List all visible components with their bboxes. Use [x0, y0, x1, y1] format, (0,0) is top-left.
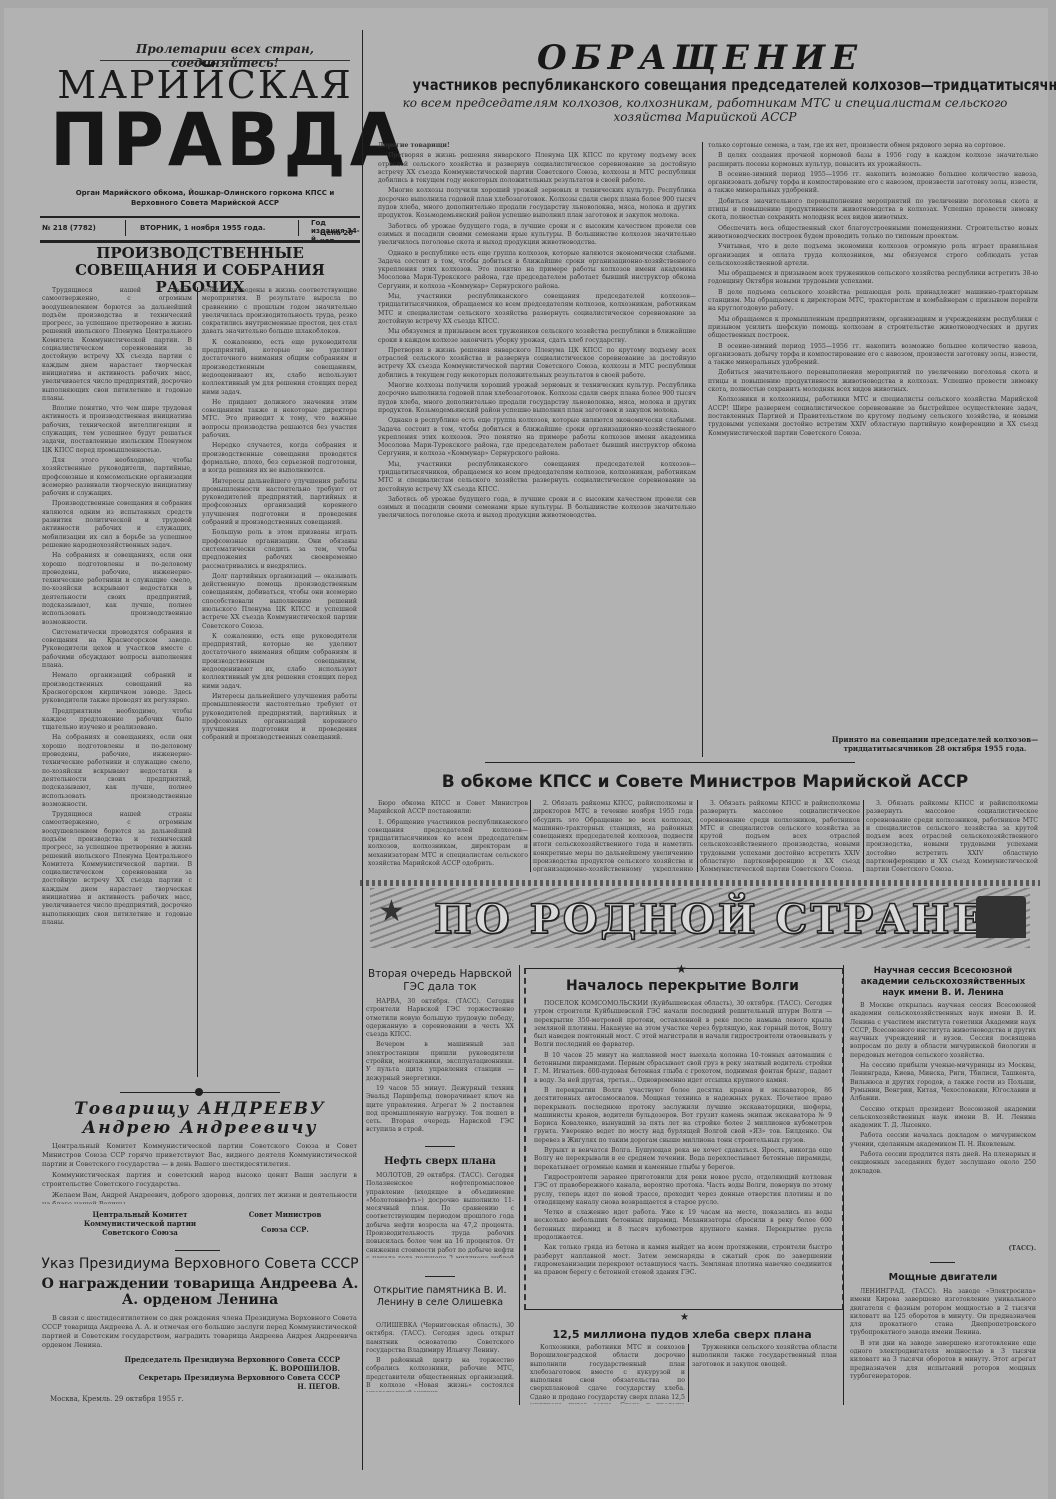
- article-paragraph: чены и проведены в жизнь соответствующие…: [202, 287, 357, 337]
- appeal-addressees: ко всем председателям колхозов, колхозни…: [380, 96, 1030, 124]
- news-paragraph: Работа сессии началась докладом о мичури…: [850, 1132, 1036, 1149]
- decree-title: Указ Президиума Верховного Совета СССР: [40, 1256, 360, 1272]
- andreev-title-line2: Андрею Андреевичу: [40, 1119, 360, 1138]
- news-paragraph: Работа сессии продлится пять дней. На пл…: [850, 1151, 1036, 1176]
- appeal-paragraph: В осенне-зимний период 1955—1956 гг. нак…: [708, 343, 1038, 368]
- section-divider: [425, 1276, 455, 1277]
- article-paragraph: Трудящиеся нашей страны самоотверженно, …: [42, 287, 192, 403]
- andreev-body: Центральный Комитет Коммунистической пар…: [42, 1142, 357, 1204]
- masthead-organ: Орган Марийского обкома, Йошкар-Олинског…: [60, 188, 350, 208]
- article-paragraph: Интересы дальнейшего улучшения работы пр…: [202, 693, 357, 743]
- obkom-col3: 3. Обязать райкомы КПСС и райисполкомы р…: [700, 800, 860, 872]
- news-paragraph: Четко и слаженно идет работа. Уже к 19 ч…: [534, 1209, 832, 1242]
- section-banner: ★ ПО РОДНОЙ СТРАНЕ: [370, 888, 1030, 948]
- article-paragraph: К сожалению, есть еще руководители предп…: [202, 339, 357, 397]
- column-rule: [702, 142, 703, 757]
- oil-body: МОЛОТОВ, 29 октября. (ТАСС). Сегодня Пол…: [366, 1172, 514, 1258]
- appeal-paragraph: Многие колхозы получили хороший урожай з…: [378, 187, 696, 220]
- obkom-paragraph: 2. Обязать райкомы КПСС, райисполкомы и …: [533, 800, 693, 872]
- article-paragraph: Долг партийных организаций — оказывать д…: [202, 573, 357, 631]
- news-paragraph: Как только гряда из бетона и камня выйде…: [534, 1244, 832, 1277]
- news-paragraph: ПОСЕЛОК КОМСОМОЛЬСКИЙ (Куйбышевская обла…: [534, 1000, 832, 1050]
- decree-subtitle: О награждении товарища Андреева А. А. ор…: [40, 1276, 360, 1308]
- column-rule: [362, 30, 363, 1470]
- news-paragraph: В перекрытии Волги участвуют более десят…: [534, 1087, 832, 1145]
- grain-body-col1: Колхозники, работники МТС и совхозов Вор…: [530, 1344, 685, 1404]
- obkom-title: В обкоме КПСС и Совете Министров Марийск…: [370, 772, 1040, 792]
- appeal-paragraph: Добиться значительного перевыполнения ме…: [708, 198, 1038, 223]
- appeal-signoff: Принято на совещании председателей колхо…: [830, 735, 1040, 753]
- appeal-paragraph: Заботясь об урожае будущего года, в лучш…: [378, 223, 696, 248]
- news-paragraph: Сессию открыл президент Всесоюзной акаде…: [850, 1106, 1036, 1131]
- signature-line: Союза ССР.: [230, 1225, 340, 1234]
- signature-line: Коммунистической партии: [70, 1219, 210, 1228]
- column-rule: [863, 800, 864, 872]
- signature-council-of-ministers: Совет Министров Союза ССР.: [230, 1210, 340, 1234]
- star-icon: ★: [680, 1312, 689, 1323]
- star-icon: ★: [676, 962, 687, 976]
- article-paragraph: К сожалению, есть еще руководители предп…: [202, 633, 357, 691]
- narva-body: НАРВА, 30 октября. (ТАСС). Сегодня строи…: [366, 998, 514, 1158]
- article-paragraph: Производственные совещания и собрания яв…: [42, 500, 192, 550]
- signature-central-committee: Центральный Комитет Коммунистической пар…: [70, 1210, 210, 1237]
- article-paragraph: Интересы дальнейшего улучшения работы пр…: [202, 478, 357, 528]
- appeal-paragraph: Претворяя в жизнь решения январского Пле…: [378, 347, 696, 380]
- infobar-divider: [125, 220, 126, 236]
- academy-body: В Москве открылась научная сессия Всесою…: [850, 1002, 1036, 1200]
- greeting-paragraph: Коммунистическая партия и советский наро…: [42, 1171, 357, 1189]
- star-icon: ★: [378, 894, 405, 929]
- obkom-paragraph: 1. Обращение участников республиканского…: [368, 819, 528, 869]
- appeal-paragraph: Мы обращаемся к промышленным предприятия…: [708, 316, 1038, 341]
- banner-title: ПО РОДНОЙ СТРАНЕ: [430, 896, 990, 943]
- news-paragraph: Колхозники, работники МТС и совхозов Вор…: [530, 1344, 685, 1404]
- news-paragraph: Вечером в машинный зал электростанции пр…: [366, 1041, 514, 1082]
- appeal-paragraph: только сортовые семена, а там, где их не…: [708, 142, 1038, 150]
- column-rule: [197, 287, 198, 1077]
- news-paragraph: В 10 часов 25 минут на наплавной мост вы…: [534, 1052, 832, 1085]
- appeal-paragraph: Обеспечить весь общественный скот благоу…: [708, 225, 1038, 242]
- greeting-paragraph: Желаем Вам, Андрей Андреевич, доброго зд…: [42, 1191, 357, 1204]
- column-rule: [843, 965, 844, 1405]
- article-paragraph: Для этого необходимо, чтобы хозяйственны…: [42, 457, 192, 498]
- appeal-body-left: Дорогие товарищи! Претворяя в жизнь реше…: [378, 142, 696, 762]
- appeal-paragraph: Многие колхозы получили хороший урожай з…: [378, 382, 696, 415]
- article-paragraph: Большую роль в этом призваны играть проф…: [202, 529, 357, 570]
- appeal-salutation: Дорогие товарищи!: [378, 142, 696, 150]
- obkom-paragraph: 3. Обязать райкомы КПСС и райисполкомы р…: [700, 800, 860, 872]
- appeal-title: ОБРАЩЕНИЕ: [370, 38, 1030, 78]
- volga-body: ПОСЕЛОК КОМСОМОЛЬСКИЙ (Куйбышевская обла…: [534, 1000, 832, 1302]
- appeal-paragraph: Однако в республике есть еще группа колх…: [378, 417, 696, 458]
- column-rule: [697, 800, 698, 872]
- article-paragraph: Систематически проводятся собрания и сов…: [42, 629, 192, 670]
- obkom-paragraph: Бюро обкома КПСС и Совет Министров Марий…: [368, 800, 528, 817]
- news-paragraph: В эти дни на заводе завершено изготовлен…: [850, 1340, 1036, 1381]
- column-rule: [519, 965, 520, 1405]
- appeal-paragraph: Претворяя в жизнь решения январского Пле…: [378, 152, 696, 185]
- grain-body-col2: Труженики сельского хозяйства области вы…: [692, 1344, 837, 1404]
- news-paragraph: ЛЕНИНГРАД. (ТАСС). На заводе «Электросил…: [850, 1288, 1036, 1338]
- masthead-title-line2: ПРАВДА: [50, 98, 360, 182]
- appeal-paragraph: Однако в республике есть еще группа колх…: [378, 250, 696, 291]
- appeal-paragraph: Колхозники и колхозницы, работники МТС и…: [708, 396, 1038, 437]
- appeal-paragraph: Добиться значительного перевыполнения ме…: [708, 369, 1038, 394]
- oil-title: Нефть сверх плана: [365, 1156, 515, 1167]
- article-paragraph: Трудящиеся нашей страны самоотверженно, …: [42, 811, 192, 927]
- andreev-title-line1: Товарищу АНДРЕЕВУ: [40, 1100, 360, 1119]
- section-divider: [175, 1250, 220, 1251]
- section-divider: [425, 1146, 455, 1147]
- signature-line: Советского Союза: [70, 1228, 210, 1237]
- article-paragraph: Вполне понятно, что чем шире трудовая ак…: [42, 405, 192, 455]
- signature-line: Центральный Комитет: [70, 1210, 210, 1219]
- obkom-col1: Бюро обкома КПСС и Совет Министров Марий…: [368, 800, 528, 872]
- obkom-col2: 2. Обязать райкомы КПСС, райисполкомы и …: [533, 800, 693, 872]
- appeal-paragraph: Учитывая, что в деле подъема экономики к…: [708, 243, 1038, 268]
- secretary-title: Секретарь Президиума Верховного Совета С…: [100, 1373, 340, 1382]
- grain-title: 12,5 миллиона пудов хлеба сверх плана: [524, 1328, 840, 1341]
- appeal-paragraph: Заботясь об урожае будущего года, в лучш…: [378, 496, 696, 521]
- wavy-divider: [360, 880, 1040, 886]
- news-paragraph: Гидростроители заранее приготовили для р…: [534, 1174, 832, 1207]
- article-paragraph: Нередко случается, когда собрания и прои…: [202, 442, 357, 475]
- engines-title: Мощные двигатели: [848, 1272, 1038, 1283]
- slogan-underline: [100, 60, 350, 61]
- appeal-paragraph: В целях создания прочной кормовой базы в…: [708, 152, 1038, 169]
- appeal-paragraph: В деле подъема сельского хозяйства решаю…: [708, 289, 1038, 314]
- volga-title: Началось перекрытие Волги: [530, 978, 835, 994]
- obkom-col4: 3. Обязать райкомы КПСС и райисполкомы р…: [866, 800, 1038, 872]
- decree-paragraph: В связи с шестидесятилетием со дня рожде…: [42, 1314, 357, 1350]
- appeal-body-right: только сортовые семена, а там, где их не…: [708, 142, 1038, 702]
- narva-title: Вторая очередь Нарвской ГЭС дала ток: [365, 968, 515, 994]
- divider-ornament: [195, 1088, 203, 1096]
- engines-body: ЛЕНИНГРАД. (ТАСС). На заводе «Электросил…: [850, 1288, 1036, 1400]
- production-article-col1: Трудящиеся нашей страны самоотверженно, …: [42, 287, 192, 1077]
- appeal-paragraph: Мы, участники республиканского совещания…: [378, 461, 696, 494]
- appeal-signoff-line2: тридцатитысячников 28 октября 1955 года.: [830, 744, 1040, 753]
- chair-name: К. ВОРОШИЛОВ.: [100, 1364, 340, 1373]
- production-article-col2: чены и проведены в жизнь соответствующие…: [202, 287, 357, 1077]
- chair-title: Председатель Президиума Верховного Совет…: [100, 1355, 340, 1364]
- secretary-name: Н. ПЕГОВ.: [100, 1382, 340, 1391]
- andreev-greeting-title: Товарищу АНДРЕЕВУ Андрею Андреевичу: [40, 1100, 360, 1138]
- article-paragraph: Предприятиям необходимо, чтобы каждое пр…: [42, 708, 192, 733]
- decree-signatures: Председатель Президиума Верховного Совет…: [100, 1355, 340, 1391]
- academy-source: (ТАСС).: [990, 1245, 1036, 1253]
- locomotive-icon: [976, 896, 1026, 938]
- signature-line: Совет Министров: [230, 1210, 340, 1219]
- news-paragraph: МОЛОТОВ, 29 октября. (ТАСС). Сегодня Пол…: [366, 1172, 514, 1258]
- academy-title: Научная сессия Всесоюзной академии сельс…: [848, 966, 1038, 999]
- appeal-paragraph: В осенне-зимний период 1955—1956 гг. нак…: [708, 171, 1038, 196]
- decree-body: В связи с шестидесятилетием со дня рожде…: [42, 1314, 357, 1354]
- appeal-signoff-line1: Принято на совещании председателей колхо…: [830, 735, 1040, 744]
- article-paragraph: На собраниях и совещаниях, если они хоро…: [42, 734, 192, 809]
- column-rule: [530, 800, 531, 872]
- infobar-divider: [298, 220, 299, 236]
- news-paragraph: ОЛИШЕВКА (Черниговская область), 30 октя…: [366, 1322, 514, 1355]
- section-divider: [930, 1262, 955, 1263]
- greeting-paragraph: Центральный Комитет Коммунистической пар…: [42, 1142, 357, 1169]
- decree-place-date: Москва, Кремль. 29 октября 1955 г.: [50, 1395, 250, 1403]
- news-paragraph: На сессию прибыли ученые-мичуринцы из Мо…: [850, 1062, 1036, 1103]
- article-paragraph: Не придают должного значения этим совеща…: [202, 399, 357, 440]
- masthead-infobar: № 218 (7782) ВТОРНИК, 1 ноября 1955 года…: [40, 216, 360, 243]
- issue-price: Цена 20 коп.: [320, 229, 360, 245]
- news-paragraph: Труженики сельского хозяйства области вы…: [692, 1344, 837, 1369]
- appeal-subtitle: участников республиканского совещания пр…: [413, 76, 998, 94]
- issue-number: № 218 (7782): [42, 224, 96, 232]
- news-paragraph: В Москве открылась научная сессия Всесою…: [850, 1002, 1036, 1060]
- news-paragraph: Вурыкт и венчатся Волга. Бушующая река н…: [534, 1147, 832, 1172]
- news-paragraph: 19 часов 55 минут. Дежурный техник Эваль…: [366, 1085, 514, 1135]
- news-paragraph: В районный центр на торжество собрались …: [366, 1357, 514, 1392]
- monument-body: ОЛИШЕВКА (Черниговская область), 30 октя…: [366, 1322, 514, 1392]
- column-rule: [688, 1344, 689, 1402]
- appeal-paragraph: Мы обязуемся и призываем всех тружеников…: [378, 328, 696, 345]
- section-divider: [485, 762, 855, 763]
- issue-date: ВТОРНИК, 1 ноября 1955 года.: [140, 224, 265, 232]
- news-paragraph: НАРВА, 30 октября. (ТАСС). Сегодня строи…: [366, 998, 514, 1039]
- article-paragraph: Немало организаций собраний и производст…: [42, 672, 192, 705]
- appeal-paragraph: Мы обращаемся и призываем всех труженико…: [708, 270, 1038, 287]
- appeal-paragraph: Мы, участники республиканского совещания…: [378, 293, 696, 326]
- obkom-paragraph: 3. Обязать райкомы КПСС и райисполкомы р…: [866, 800, 1038, 872]
- monument-title: Открытие памятника В. И. Ленину в селе О…: [365, 1285, 515, 1309]
- article-paragraph: На собраниях и совещаниях, если они хоро…: [42, 552, 192, 627]
